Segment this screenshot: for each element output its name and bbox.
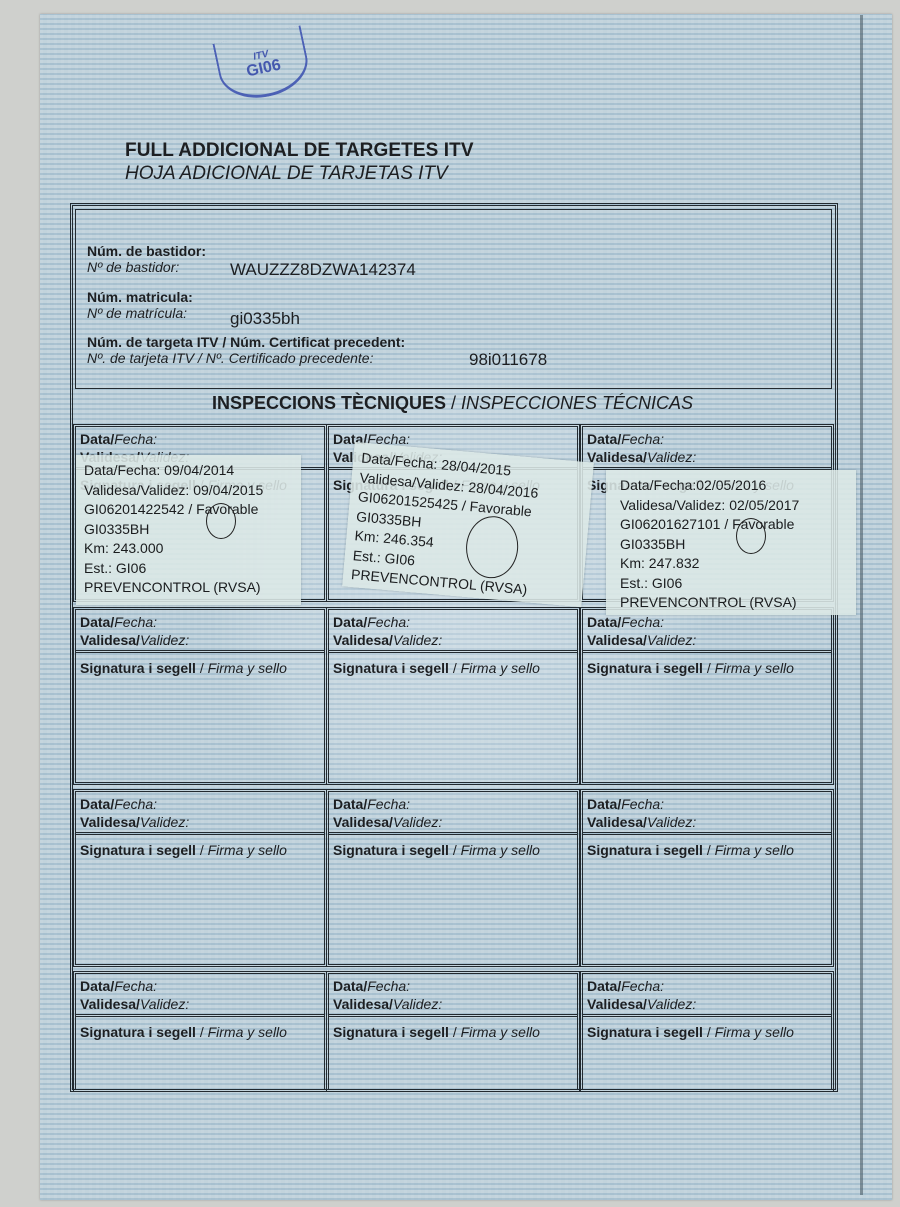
signature-label-ca: Signatura i segell (80, 1024, 196, 1040)
matricula-label-es: Nº de matrícula: (87, 305, 193, 321)
fecha-label-ca: Data/ (80, 614, 114, 630)
cell-header: Data/Fecha:Validesa/Validez: (76, 610, 324, 653)
validez-label-es: Validez: (140, 996, 189, 1012)
cell-header: Data/Fecha:Validesa/Validez: (329, 610, 577, 653)
sticker-line: GI06201627101 / Favorable (620, 515, 848, 535)
cell-header: Data/Fecha:Validesa/Validez: (583, 792, 831, 835)
signature-label-es: Firma y sello (461, 660, 540, 676)
fecha-label: Data/Fecha: (587, 795, 831, 813)
signature-label-ca: Signatura i segell (80, 660, 196, 676)
signature-label-es: Firma y sello (715, 660, 794, 676)
bastidor-label-es: Nº de bastidor: (87, 259, 206, 275)
fecha-label-ca: Data/ (587, 431, 621, 447)
validez-label-ca: Validesa/ (80, 814, 140, 830)
fecha-label-ca: Data/ (333, 614, 367, 630)
signature-label-es: Firma y sello (715, 842, 794, 858)
targeta-label-es: Nº. de tarjeta ITV / Nº. Certificado pre… (87, 350, 405, 366)
title-spanish: HOJA ADICIONAL DE TARJETAS ITV (125, 163, 474, 185)
inspections-title-ca: INSPECCIONS TÈCNIQUES (212, 393, 446, 413)
signature-separator: / (449, 660, 461, 676)
matricula-label-ca: Núm. matricula: (87, 289, 193, 305)
fecha-label-es: Fecha: (114, 431, 157, 447)
fecha-label: Data/Fecha: (80, 430, 324, 448)
cell-header: Data/Fecha:Validesa/Validez: (583, 974, 831, 1017)
document-title: FULL ADDICIONAL DE TARGETES ITV HOJA ADI… (125, 140, 474, 185)
signature-label: Signatura i segell / Firma y sello (329, 653, 577, 677)
fecha-label: Data/Fecha: (333, 977, 577, 995)
fecha-label: Data/Fecha: (80, 795, 324, 813)
validez-label: Validesa/Validez: (80, 631, 324, 649)
signature-label: Signatura i segell / Firma y sello (76, 653, 324, 677)
inspections-title: INSPECCIONS TÈCNIQUES / INSPECCIONES TÉC… (75, 393, 830, 414)
signature-separator: / (449, 842, 461, 858)
validez-label: Validesa/Validez: (587, 448, 831, 466)
fecha-label-ca: Data/ (80, 796, 114, 812)
validez-label: Validesa/Validez: (587, 631, 831, 649)
signature-label: Signatura i segell / Firma y sello (76, 1017, 324, 1041)
validez-label-es: Validez: (393, 632, 442, 648)
signature-separator: / (449, 1024, 461, 1040)
sticker-line: Est.: GI06 (620, 574, 848, 594)
bastidor-value: WAUZZZ8DZWA142374 (230, 260, 416, 280)
fecha-label: Data/Fecha: (333, 613, 577, 631)
cell-header: Data/Fecha:Validesa/Validez: (583, 427, 831, 470)
sticker-line: PREVENCONTROL (RVSA) (620, 593, 848, 613)
inspection-sticker: Data/Fecha:02/05/2016Validesa/Validez: 0… (606, 470, 856, 615)
validez-label-ca: Validesa/ (80, 632, 140, 648)
validez-label: Validesa/Validez: (80, 995, 324, 1013)
inspection-cell: Data/Fecha:Validesa/Validez:Signatura i … (326, 607, 580, 785)
signature-label-es: Firma y sello (461, 1024, 540, 1040)
validez-label: Validesa/Validez: (333, 631, 577, 649)
sticker-line: Data/Fecha: 09/04/2014 (84, 461, 293, 481)
signature-label-es: Firma y sello (208, 660, 287, 676)
targeta-label-ca: Núm. de targeta ITV / Núm. Certificat pr… (87, 334, 405, 350)
inspection-cell: Data/Fecha:Validesa/Validez:Signatura i … (73, 789, 327, 967)
cell-header: Data/Fecha:Validesa/Validez: (76, 974, 324, 1017)
validez-label-ca: Validesa/ (80, 996, 140, 1012)
validez-label-es: Validez: (647, 449, 696, 465)
signature-label-ca: Signatura i segell (333, 842, 449, 858)
validez-label-ca: Validesa/ (587, 996, 647, 1012)
inspection-cell: Data/Fecha:Validesa/Validez:Signatura i … (326, 789, 580, 967)
fecha-label: Data/Fecha: (587, 613, 831, 631)
fecha-label-es: Fecha: (621, 796, 664, 812)
sheet-edge (860, 15, 863, 1195)
sticker-line: GI06201422542 / Favorable (84, 500, 293, 520)
cell-header: Data/Fecha:Validesa/Validez: (329, 792, 577, 835)
sticker-line: Validesa/Validez: 02/05/2017 (620, 496, 848, 516)
fecha-label-es: Fecha: (621, 431, 664, 447)
validez-label-es: Validez: (393, 996, 442, 1012)
sticker-line: Km: 247.832 (620, 554, 848, 574)
signature-separator: / (196, 660, 208, 676)
bastidor-field: Núm. de bastidor: Nº de bastidor: (87, 243, 206, 275)
fecha-label-es: Fecha: (367, 978, 410, 994)
cell-header: Data/Fecha:Validesa/Validez: (583, 610, 831, 653)
sticker-line: Km: 243.000 (84, 539, 293, 559)
cell-header: Data/Fecha:Validesa/Validez: (329, 974, 577, 1017)
inspection-cell: Data/Fecha:Validesa/Validez:Signatura i … (326, 971, 580, 1092)
matricula-field: Núm. matricula: Nº de matrícula: (87, 289, 193, 321)
inspection-sticker: Data/Fecha: 28/04/2015Validesa/Validez: … (342, 442, 594, 607)
signature-label-ca: Signatura i segell (587, 842, 703, 858)
signature-label-es: Firma y sello (461, 842, 540, 858)
bastidor-label-ca: Núm. de bastidor: (87, 243, 206, 259)
title-catalan: FULL ADDICIONAL DE TARGETES ITV (125, 140, 474, 162)
validez-label: Validesa/Validez: (333, 813, 577, 831)
signature-scribble (736, 518, 766, 554)
signature-label: Signatura i segell / Firma y sello (329, 835, 577, 859)
sticker-line: Validesa/Validez: 09/04/2015 (84, 481, 293, 501)
fecha-label-es: Fecha: (114, 614, 157, 630)
signature-separator: / (703, 1024, 715, 1040)
fecha-label-ca: Data/ (80, 978, 114, 994)
targeta-value: 98i011678 (469, 350, 547, 370)
fecha-label-es: Fecha: (367, 614, 410, 630)
inspection-cell: Data/Fecha:Validesa/Validez:Signatura i … (580, 607, 834, 785)
validez-label-es: Validez: (647, 814, 696, 830)
validez-label: Validesa/Validez: (333, 995, 577, 1013)
fecha-label-ca: Data/ (587, 978, 621, 994)
signature-label-ca: Signatura i segell (587, 1024, 703, 1040)
title-separator: / (446, 393, 461, 413)
validez-label-ca: Validesa/ (587, 449, 647, 465)
cell-header: Data/Fecha:Validesa/Validez: (76, 792, 324, 835)
sticker-line: PREVENCONTROL (RVSA) (84, 578, 293, 598)
signature-label-ca: Signatura i segell (333, 1024, 449, 1040)
validez-label: Validesa/Validez: (587, 995, 831, 1013)
sticker-line: GI0335BH (84, 520, 293, 540)
fecha-label: Data/Fecha: (333, 795, 577, 813)
fecha-label-es: Fecha: (114, 978, 157, 994)
signature-label-es: Firma y sello (208, 842, 287, 858)
validez-label-es: Validez: (140, 632, 189, 648)
signature-label-ca: Signatura i segell (333, 660, 449, 676)
signature-separator: / (703, 660, 715, 676)
signature-scribble (206, 503, 236, 539)
validez-label-ca: Validesa/ (333, 814, 393, 830)
fecha-label-ca: Data/ (587, 796, 621, 812)
inspection-cell: Data/Fecha:Validesa/Validez:Signatura i … (580, 789, 834, 967)
validez-label-ca: Validesa/ (587, 814, 647, 830)
signature-separator: / (703, 842, 715, 858)
fecha-label-es: Fecha: (114, 796, 157, 812)
inspection-cell: Data/Fecha:Validesa/Validez:Signatura i … (73, 971, 327, 1092)
signature-label: Signatura i segell / Firma y sello (329, 1017, 577, 1041)
validez-label-ca: Validesa/ (333, 632, 393, 648)
signature-label: Signatura i segell / Firma y sello (583, 835, 831, 859)
validez-label-es: Validez: (647, 996, 696, 1012)
inspection-sticker: Data/Fecha: 09/04/2014Validesa/Validez: … (76, 455, 301, 605)
fecha-label: Data/Fecha: (587, 430, 831, 448)
signature-label-es: Firma y sello (715, 1024, 794, 1040)
validez-label-es: Validez: (393, 814, 442, 830)
fecha-label: Data/Fecha: (587, 977, 831, 995)
fecha-label: Data/Fecha: (80, 977, 324, 995)
signature-label: Signatura i segell / Firma y sello (76, 835, 324, 859)
sticker-line: GI0335BH (620, 535, 848, 555)
fecha-label-ca: Data/ (333, 796, 367, 812)
targeta-field: Núm. de targeta ITV / Núm. Certificat pr… (87, 334, 405, 366)
inspection-cell: Data/Fecha:Validesa/Validez:Signatura i … (73, 607, 327, 785)
fecha-label-ca: Data/ (80, 431, 114, 447)
signature-label: Signatura i segell / Firma y sello (583, 1017, 831, 1041)
inspections-title-es: INSPECCIONES TÉCNICAS (461, 393, 693, 413)
signature-label-es: Firma y sello (208, 1024, 287, 1040)
fecha-label-es: Fecha: (367, 796, 410, 812)
fecha-label: Data/Fecha: (80, 613, 324, 631)
signature-label: Signatura i segell / Firma y sello (583, 653, 831, 677)
validez-label: Validesa/Validez: (587, 813, 831, 831)
sticker-line: Data/Fecha:02/05/2016 (620, 476, 848, 496)
sticker-line: Est.: GI06 (84, 559, 293, 579)
fecha-label-ca: Data/ (333, 978, 367, 994)
inspection-cell: Data/Fecha:Validesa/Validez:Signatura i … (580, 971, 834, 1092)
validez-label-ca: Validesa/ (333, 996, 393, 1012)
fecha-label-es: Fecha: (621, 614, 664, 630)
signature-label-ca: Signatura i segell (80, 842, 196, 858)
validez-label-es: Validez: (140, 814, 189, 830)
fecha-label-ca: Data/ (587, 614, 621, 630)
matricula-value: gi0335bh (230, 309, 300, 329)
validez-label-ca: Validesa/ (587, 632, 647, 648)
signature-label-ca: Signatura i segell (587, 660, 703, 676)
validez-label: Validesa/Validez: (80, 813, 324, 831)
signature-separator: / (196, 842, 208, 858)
signature-separator: / (196, 1024, 208, 1040)
fecha-label-es: Fecha: (621, 978, 664, 994)
validez-label-es: Validez: (647, 632, 696, 648)
